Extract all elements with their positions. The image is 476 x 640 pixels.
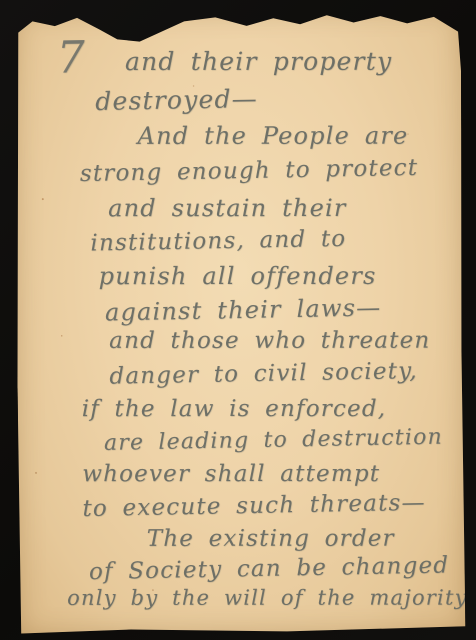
handwritten-line: And the People are [138,124,409,148]
handwritten-line: only by the will of the majority— [67,588,476,609]
handwritten-line: danger to civil society, [109,360,418,389]
handwritten-line: if the law is enforced, [82,398,387,421]
handwritten-line: of Society can be changed [89,554,450,584]
handwritten-line: and sustain their [108,196,346,220]
page-number: 7 [57,36,86,81]
handwritten-line: whoever shall attempt [82,463,380,486]
handwritten-line: and their property [125,49,392,74]
handwritten-line: strong enough to protect [80,157,419,186]
manuscript-page: 7 and their property destroyed— And the … [15,9,466,634]
handwritten-line: and those who threaten [109,330,430,353]
handwritten-line: to execute such threats— [82,492,426,521]
handwritten-line: punish all offenders [99,264,377,288]
scan-background: 7 and their property destroyed— And the … [0,0,476,640]
handwritten-line: institutions, and to [90,228,346,256]
handwritten-line: against their laws— [105,295,382,324]
handwritten-line: The existing order [147,528,395,551]
handwritten-line: are leading to destruction [104,427,443,455]
handwritten-line: destroyed— [95,86,258,114]
